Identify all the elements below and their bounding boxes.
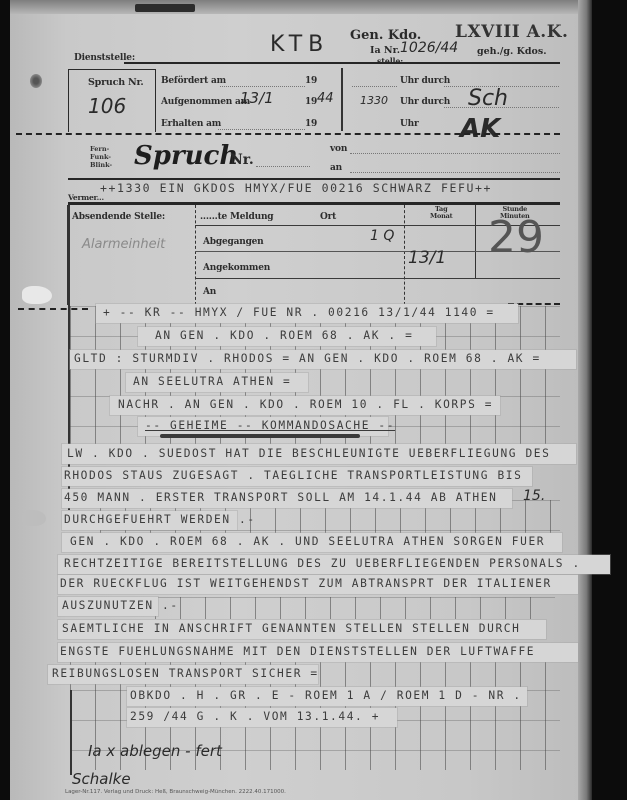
transmission-types: Fern- Funk- Blink-	[90, 145, 112, 169]
an-row-label: An	[203, 287, 216, 297]
cut-line	[16, 133, 560, 135]
abgegangen-label: Abgegangen	[203, 237, 264, 247]
meldung-header: ......te Meldung	[200, 212, 273, 222]
vermerk-label: Vermer...	[68, 193, 104, 202]
page-edge	[578, 0, 592, 800]
erhalten-year: 19	[305, 119, 317, 129]
dienststelle-line	[124, 62, 560, 64]
message-line-17: REIBUNGSLOSEN TRANSPORT SICHER =	[52, 667, 319, 680]
date-divider	[341, 68, 343, 131]
double-rule	[68, 202, 560, 205]
uhr-time: 1330	[360, 94, 388, 107]
signature-handwriting: AK	[460, 114, 500, 144]
message-line-18: OBKDO . H . GR . E - ROEM 1 A / ROEM 1 D…	[130, 689, 522, 702]
title-rule	[68, 178, 560, 180]
message-line-text: + -- KR -- HMYX / FUE NR . 00216 13/1/44…	[103, 306, 495, 319]
aufgenommen-label: Aufgenommen am	[161, 97, 250, 107]
message-line-7: LW . KDO . SUEDOST HAT DIE BESCHLEUNIGTE…	[67, 447, 550, 460]
befoerdert-year: 19	[305, 76, 317, 86]
fill-line	[350, 172, 560, 173]
aufgenommen-year-prefix: 19	[305, 97, 317, 107]
fill-line	[352, 86, 397, 87]
monat-label: Monat	[430, 213, 452, 220]
message-grid-after-auszunutzen	[155, 597, 555, 619]
tag-monat-header: Tag Monat	[430, 206, 452, 220]
paper-damage	[22, 510, 46, 526]
angekommen-tag: 13/1	[408, 248, 446, 268]
table-divider	[475, 205, 476, 278]
spruch-nr-label: Spruch Nr.	[88, 77, 144, 88]
befoerdert-label: Befördert am	[161, 76, 226, 86]
ort-header: Ort	[320, 212, 336, 222]
absendende-value: Alarmeinheit	[82, 237, 165, 252]
type-fern: Fern-	[90, 145, 112, 153]
gkdos-label: geh./g. Kdos.	[477, 46, 547, 57]
ktb-stamp: KTB	[270, 32, 329, 57]
uhr-3: Uhr	[400, 119, 419, 129]
fill-line	[218, 129, 305, 130]
uhr-durch-2: Uhr durch	[400, 97, 450, 107]
type-funk: Funk-	[90, 153, 112, 161]
folder-shadow	[10, 0, 578, 14]
initials-handwriting: Sch	[468, 86, 508, 111]
date-correction: 15.	[523, 488, 545, 504]
uhr-durch-1: Uhr durch	[400, 76, 450, 86]
message-line-13: DER RUECKFLUG IST WEITGEHENDST ZUM ABTRA…	[60, 577, 552, 590]
table-divider	[195, 205, 196, 305]
von-label: von	[330, 144, 347, 154]
left-margin-line-lower	[70, 690, 72, 775]
message-line-19: 259 /44 G . K . VOM 13.1.44. +	[130, 710, 380, 723]
spruch-nr-value: 106	[88, 94, 126, 118]
message-line-5: NACHR . AN GEN . KDO . ROEM 10 . FL . KO…	[118, 398, 493, 411]
message-line-1: + -- KR -- HMYX / FUE NR . 00216 13/1/44…	[103, 306, 495, 319]
aufgenommen-date: 13/1	[240, 89, 274, 107]
spruch-nr-title-label: Nr.	[230, 152, 254, 168]
ia-number: 1026/44	[400, 40, 458, 56]
angekommen-label: Angekommen	[203, 263, 270, 273]
message-line-14: AUSZUNUTZEN .-	[62, 599, 179, 612]
message-line-15: SAEMTLICHE IN ANSCHRIFT GENANNTEN STELLE…	[62, 622, 520, 635]
type-blink: Blink-	[90, 161, 112, 169]
vermerk-text: ++1330 EIN GKDOS HMYX/FUE 00216 SCHWARZ …	[100, 181, 492, 195]
message-line-9: 450 MANN . ERSTER TRANSPORT SOLL AM 14.1…	[64, 491, 497, 504]
message-line-8: RHODOS STAUS ZUGESAGT . TAEGLICHE TRANSP…	[64, 469, 522, 482]
fill-line	[350, 153, 560, 154]
aufgenommen-year: 44	[317, 91, 334, 106]
angekommen-zeit: 29	[488, 212, 544, 263]
fill-line	[256, 166, 310, 167]
table-rule	[195, 278, 560, 279]
underline-stroke	[160, 434, 360, 438]
message-line-3: GLTD : STURMDIV . RHODOS = AN GEN . KDO …	[74, 352, 541, 365]
absendende-label: Absendende Stelle:	[72, 212, 165, 222]
message-line-4: AN SEELUTRA ATHEN =	[133, 375, 291, 388]
spruch-title: Spruch	[134, 141, 238, 171]
abgegangen-ort: 1 Q	[370, 228, 394, 244]
paper-damage	[22, 286, 52, 304]
message-line-6-classification: -- GEHEIME -- KOMMANDOSACHE --	[145, 419, 395, 432]
table-divider	[404, 205, 405, 305]
punch-hole	[30, 74, 42, 88]
erhalten-label: Erhalten am	[161, 119, 221, 129]
printer-imprint: Lager-Nr.117. Verlag und Druck: Heß, Bra…	[65, 789, 286, 795]
fill-line	[220, 86, 305, 87]
message-line-12: RECHTZEITIGE BEREITSTELLUNG DES ZU UEBER…	[64, 557, 581, 570]
an-label: an	[330, 163, 342, 173]
stelle-label: stelle:	[377, 56, 403, 66]
corps-label: LXVIII A.K.	[455, 22, 568, 42]
folder-clip	[135, 4, 195, 12]
ia-label: Ia Nr.	[370, 45, 400, 56]
message-line-11: GEN . KDO . ROEM 68 . AK . UND SEELUTRA …	[70, 535, 545, 548]
handwritten-filing-note: Ia x ablegen - fert	[88, 742, 222, 760]
handwritten-signature: Schalke	[72, 770, 131, 788]
message-line-10: DURCHGEFUEHRT WERDEN .-	[64, 513, 256, 526]
message-line-16: ENGSTE FUEHLUNGSNAHME MIT DEN DIENSTSTEL…	[60, 645, 535, 658]
message-line-2: AN GEN . KDO . ROEM 68 . AK . =	[155, 329, 413, 342]
